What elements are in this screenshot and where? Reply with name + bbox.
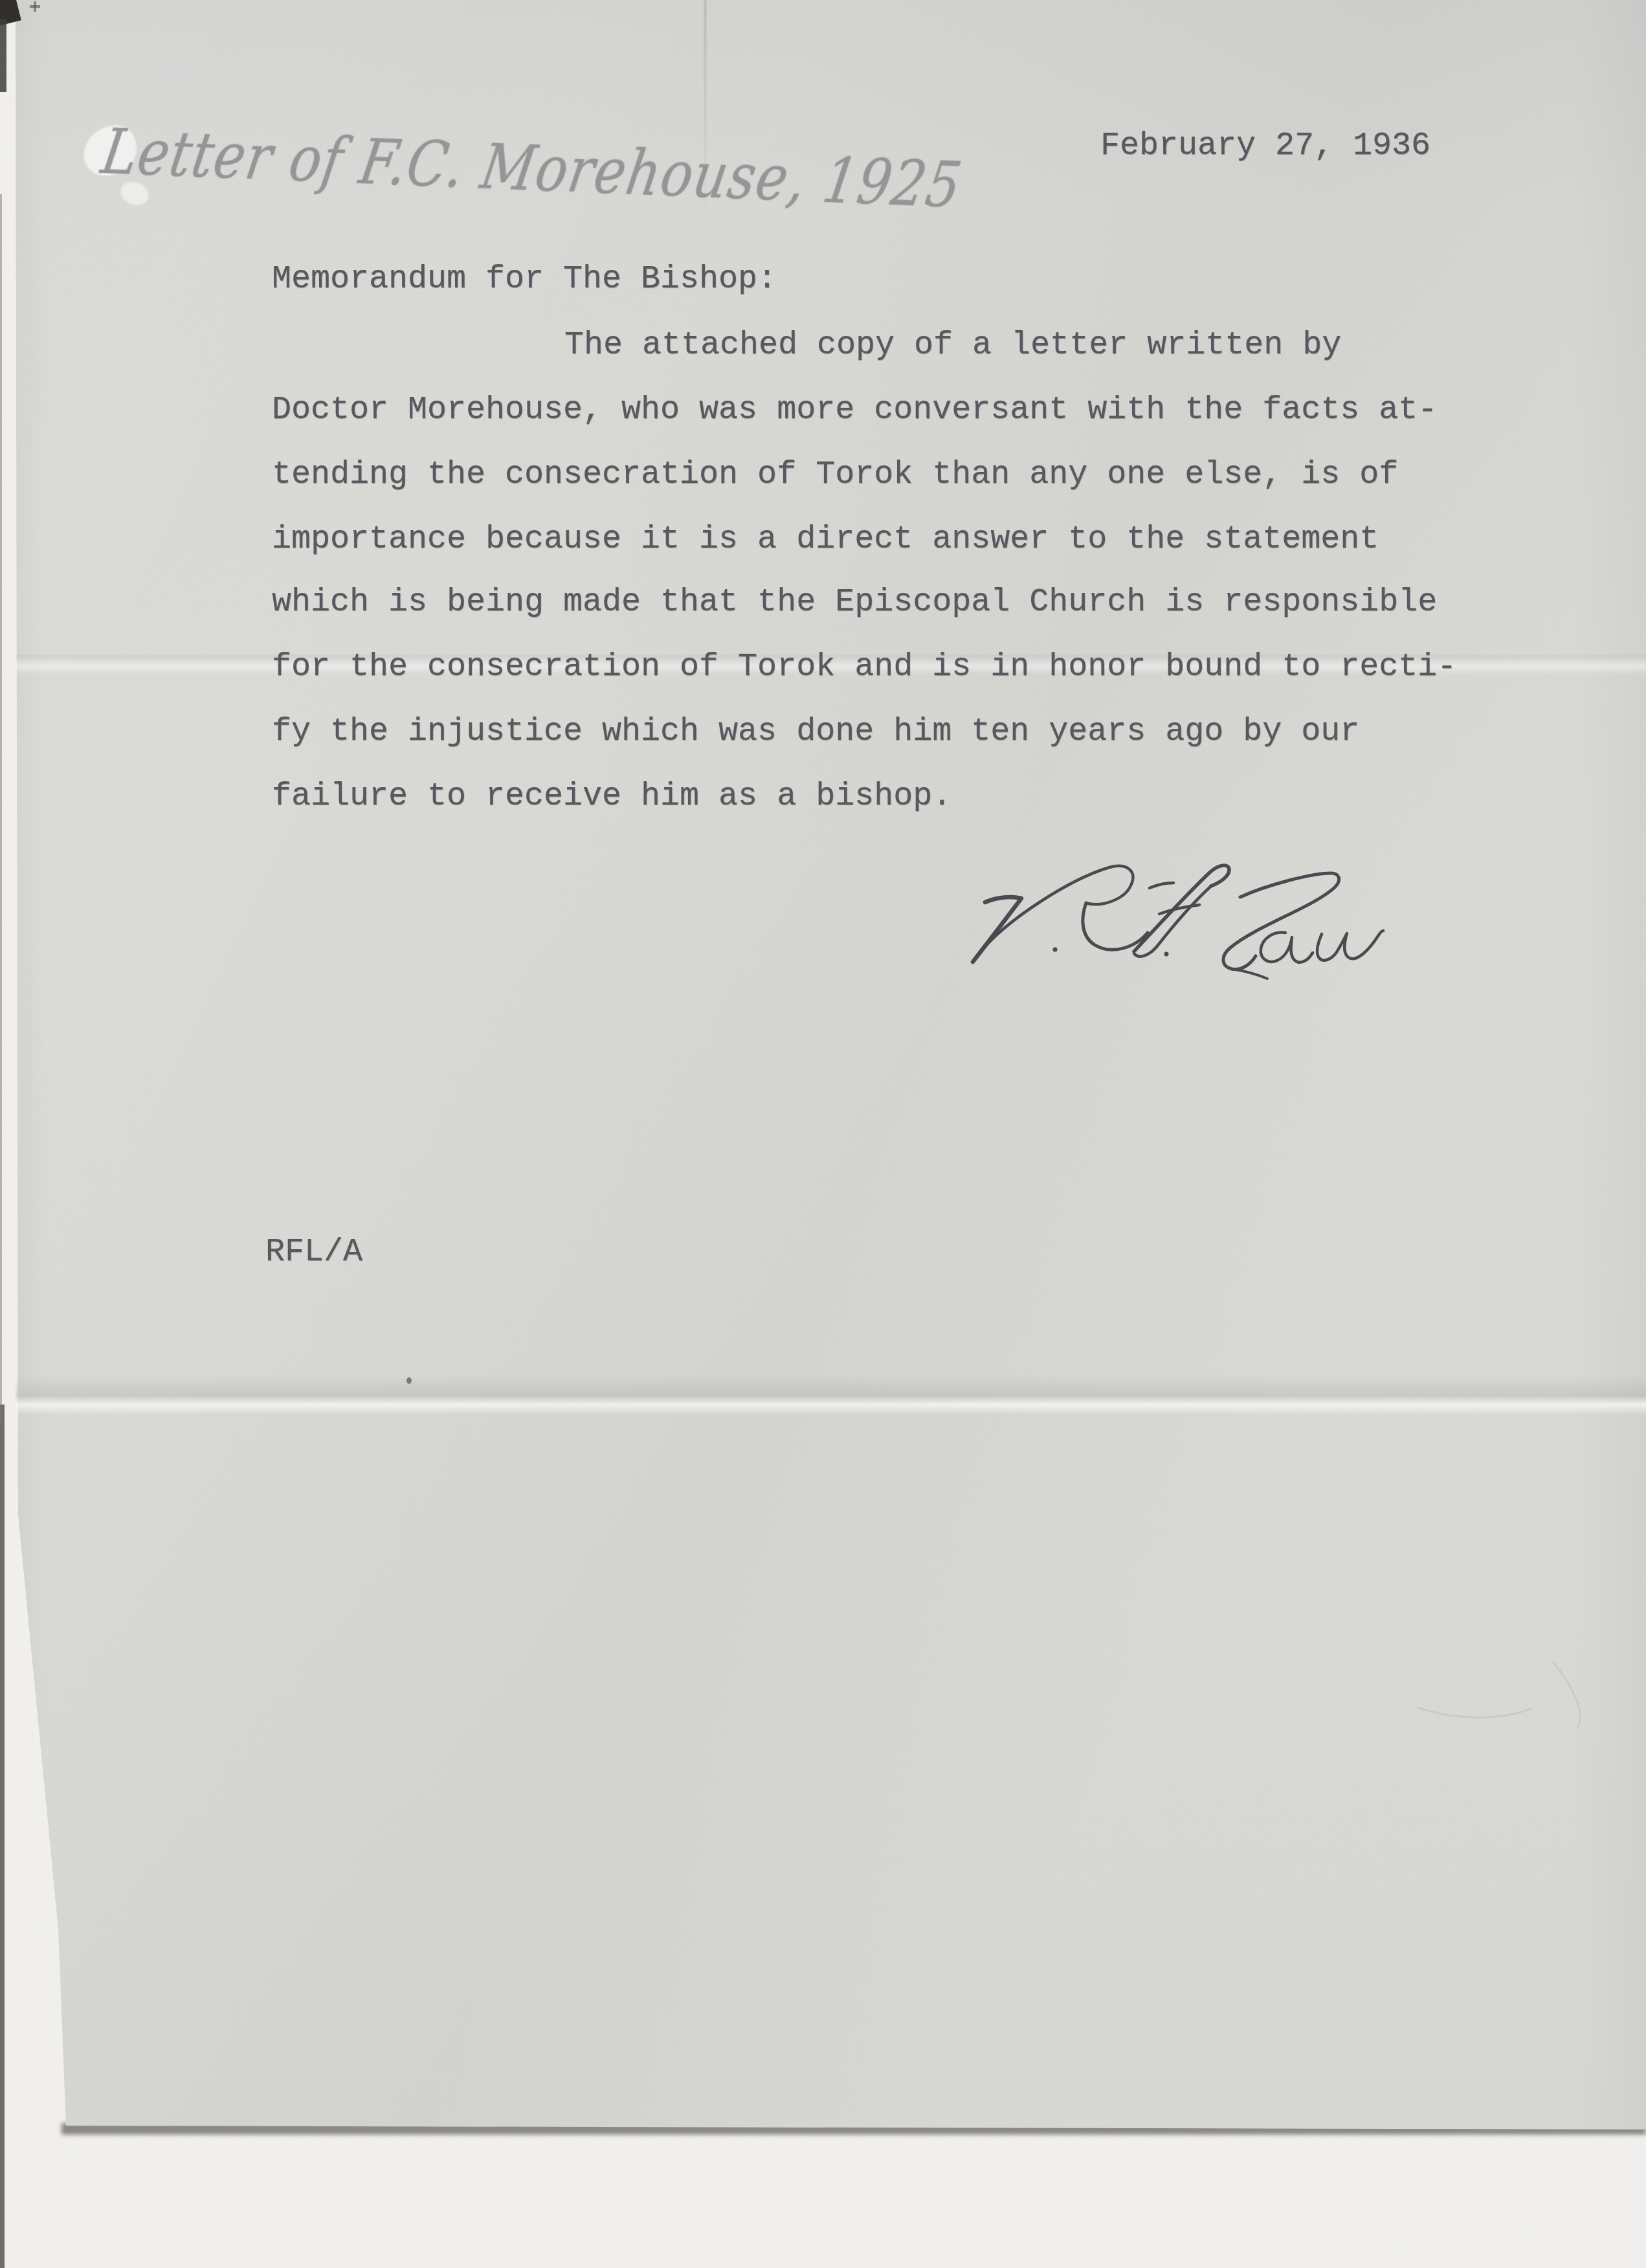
corner-mark <box>34 1 36 12</box>
body-line: which is being made that the Episcopal C… <box>272 584 1437 621</box>
typist-initials: RFL/A <box>265 1234 362 1271</box>
scanner-edge-dark <box>0 1405 5 2268</box>
body-line: fy the injustice which was done him ten … <box>272 713 1359 751</box>
signature-dot <box>1053 948 1058 952</box>
faint-pencil-marks <box>1392 1631 1646 1825</box>
letter-date: February 27, 1936 <box>1100 128 1430 165</box>
body-line: The attached copy of a letter written by <box>564 327 1341 364</box>
corner-mark <box>0 19 6 92</box>
fold-crease-lower <box>16 1375 1646 1415</box>
signature-dot <box>1164 952 1169 957</box>
body-line: importance because it is a direct answer… <box>272 521 1379 559</box>
scanner-edge-line <box>0 194 2 1424</box>
body-line: failure to receive him as a bishop. <box>272 778 951 816</box>
body-line: Doctor Morehouse, who was more conversan… <box>272 392 1437 429</box>
body-line: tending the consecration of Torok than a… <box>272 456 1398 494</box>
salutation: Memorandum for The Bishop: <box>272 261 777 298</box>
signature <box>893 854 1398 1042</box>
body-line: for the consecration of Torok and is in … <box>272 649 1456 686</box>
scanned-letter-page: Letter of F.C. Morehouse, 1925 February … <box>0 0 1646 2268</box>
ink-speck <box>406 1377 412 1384</box>
